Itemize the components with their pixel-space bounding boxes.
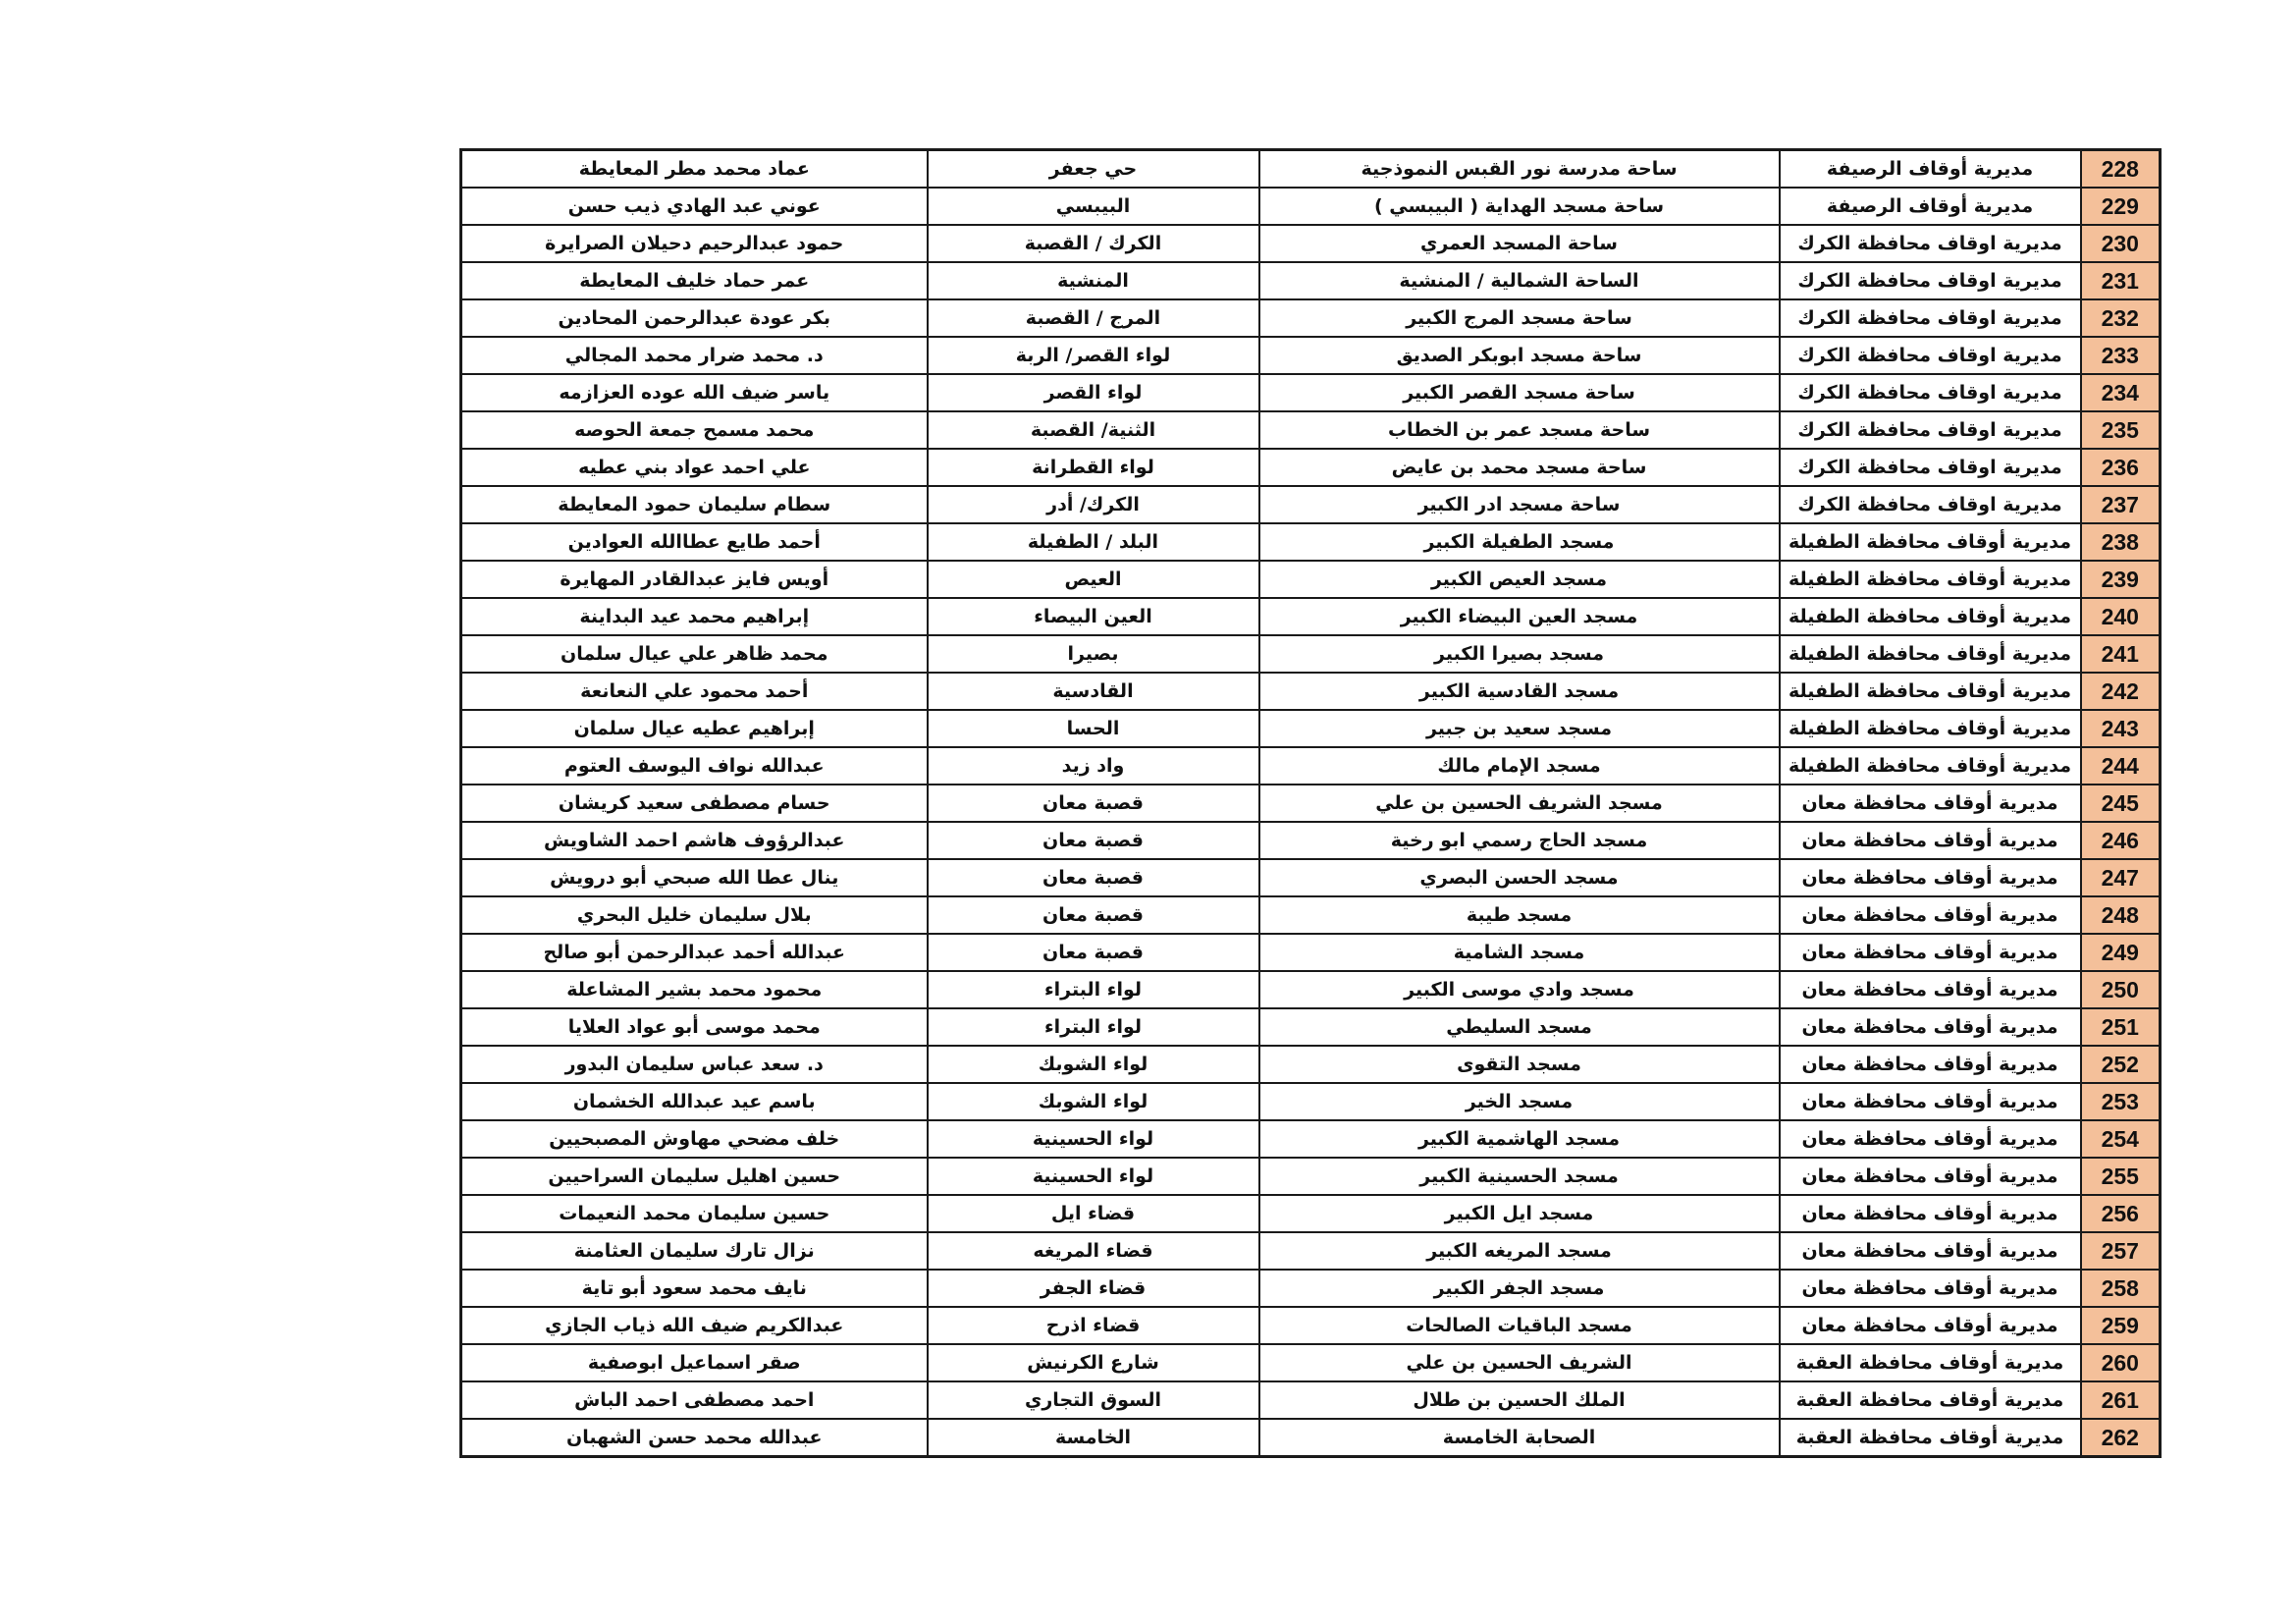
area-cell: حي جعفر [928,150,1259,189]
directorate-cell: مديرية أوقاف محافظة الطفيلة [1780,635,2081,673]
supervisor-name-cell: حسين سليمان محمد النعيمات [461,1195,928,1232]
row-number-cell: 231 [2081,262,2161,299]
supervisor-name-cell: خلف مضحي مهاوش المصبحيين [461,1120,928,1158]
area-cell: قصبة معان [928,785,1259,822]
location-cell: مسجد الشريف الحسين بن علي [1259,785,1780,822]
row-number-cell: 257 [2081,1232,2161,1270]
row-number-cell: 237 [2081,486,2161,523]
row-number-cell: 246 [2081,822,2161,859]
area-cell: قضاء المريغه [928,1232,1259,1270]
location-cell: مسجد الحسينية الكبير [1259,1158,1780,1195]
location-cell: ساحة مسجد محمد بن عايض [1259,449,1780,486]
supervisor-name-cell: بكر عودة عبدالرحمن المحادين [461,299,928,337]
location-cell: الشريف الحسين بن علي [1259,1344,1780,1381]
area-cell: قضاء اذرح [928,1307,1259,1344]
row-number-cell: 256 [2081,1195,2161,1232]
row-number-cell: 259 [2081,1307,2161,1344]
row-number-cell: 245 [2081,785,2161,822]
area-cell: قصبة معان [928,859,1259,896]
supervisor-name-cell: محمد موسى أبو عواد العلايا [461,1008,928,1046]
directorate-cell: مديرية أوقاف محافظة معان [1780,785,2081,822]
table-row: 236 مديرية اوقاف محافظة الكرك ساحة مسجد … [461,449,2161,486]
directorate-cell: مديرية أوقاف محافظة الطفيلة [1780,710,2081,747]
directorate-cell: مديرية أوقاف محافظة معان [1780,1120,2081,1158]
table-row: 253 مديرية أوقاف محافظة معان مسجد الخير … [461,1083,2161,1120]
document-page: 228 مديرية أوقاف الرصيفة ساحة مدرسة نور … [0,0,2296,1624]
table-row: 254 مديرية أوقاف محافظة معان مسجد الهاشم… [461,1120,2161,1158]
area-cell: الكرك/ أدر [928,486,1259,523]
row-number-cell: 248 [2081,896,2161,934]
table-row: 251 مديرية أوقاف محافظة معان مسجد السليط… [461,1008,2161,1046]
area-cell: لواء البتراء [928,1008,1259,1046]
directorate-cell: مديرية أوقاف الرصيفة [1780,150,2081,189]
directorate-cell: مديرية اوقاف محافظة الكرك [1780,374,2081,411]
directorate-cell: مديرية أوقاف محافظة الطفيلة [1780,673,2081,710]
directorate-cell: مديرية أوقاف محافظة معان [1780,1158,2081,1195]
directorate-cell: مديرية اوقاف محافظة الكرك [1780,337,2081,374]
location-cell: مسجد الباقيات الصالحات [1259,1307,1780,1344]
location-cell: مسجد بصيرا الكبير [1259,635,1780,673]
supervisor-name-cell: محمد مسمح جمعة الحوصه [461,411,928,449]
directorate-cell: مديرية أوقاف محافظة معان [1780,1083,2081,1120]
area-cell: لواء الشوبك [928,1083,1259,1120]
directorate-cell: مديرية أوقاف محافظة معان [1780,822,2081,859]
table-row: 245 مديرية أوقاف محافظة معان مسجد الشريف… [461,785,2161,822]
directorate-cell: مديرية أوقاف محافظة الطفيلة [1780,561,2081,598]
supervisor-name-cell: إبراهيم عطيه عيال سلمان [461,710,928,747]
area-cell: لواء البتراء [928,971,1259,1008]
row-number-cell: 228 [2081,150,2161,189]
directorate-cell: مديرية اوقاف محافظة الكرك [1780,299,2081,337]
table-row: 255 مديرية أوقاف محافظة معان مسجد الحسين… [461,1158,2161,1195]
area-cell: الخامسة [928,1419,1259,1457]
area-cell: لواء القطرانة [928,449,1259,486]
supervisor-name-cell: عبدالله نواف اليوسف العتوم [461,747,928,785]
area-cell: القادسية [928,673,1259,710]
area-cell: لواء القصر/ الربة [928,337,1259,374]
table-row: 233 مديرية اوقاف محافظة الكرك ساحة مسجد … [461,337,2161,374]
directorate-cell: مديرية أوقاف محافظة معان [1780,1195,2081,1232]
table-row: 247 مديرية أوقاف محافظة معان مسجد الحسن … [461,859,2161,896]
row-number-cell: 253 [2081,1083,2161,1120]
table-row: 241 مديرية أوقاف محافظة الطفيلة مسجد بصي… [461,635,2161,673]
location-cell: ساحة مسجد ادر الكبير [1259,486,1780,523]
supervisor-name-cell: نزال تارك سليمان العثامنة [461,1232,928,1270]
row-number-cell: 240 [2081,598,2161,635]
directorate-cell: مديرية أوقاف محافظة معان [1780,1307,2081,1344]
supervisor-name-cell: محمود محمد بشير المشاعلة [461,971,928,1008]
supervisor-name-cell: عبدالله محمد حسن الشهبان [461,1419,928,1457]
row-number-cell: 239 [2081,561,2161,598]
table-row: 250 مديرية أوقاف محافظة معان مسجد وادي م… [461,971,2161,1008]
table-row: 238 مديرية أوقاف محافظة الطفيلة مسجد الط… [461,523,2161,561]
supervisor-name-cell: حسام مصطفى سعيد كريشان [461,785,928,822]
directorate-cell: مديرية أوقاف محافظة الطفيلة [1780,747,2081,785]
row-number-cell: 234 [2081,374,2161,411]
supervisor-name-cell: حسين اهليل سليمان السراحيين [461,1158,928,1195]
row-number-cell: 254 [2081,1120,2161,1158]
area-cell: لواء الحسينية [928,1120,1259,1158]
supervisor-name-cell: أحمد طايع عطاالله العوادين [461,523,928,561]
location-cell: مسجد سعيد بن جبير [1259,710,1780,747]
row-number-cell: 261 [2081,1381,2161,1419]
row-number-cell: 262 [2081,1419,2161,1457]
supervisor-name-cell: عبدالرؤوف هاشم احمد الشاويش [461,822,928,859]
directorate-cell: مديرية أوقاف محافظة معان [1780,934,2081,971]
row-number-cell: 247 [2081,859,2161,896]
location-cell: مسجد القادسية الكبير [1259,673,1780,710]
location-cell: مسجد الطفيلة الكبير [1259,523,1780,561]
table-row: 237 مديرية اوقاف محافظة الكرك ساحة مسجد … [461,486,2161,523]
table-row: 246 مديرية أوقاف محافظة معان مسجد الحاج … [461,822,2161,859]
area-cell: قصبة معان [928,934,1259,971]
supervisor-name-cell: ياسر ضيف الله عوده العزازمه [461,374,928,411]
directorate-cell: مديرية أوقاف محافظة العقبة [1780,1381,2081,1419]
supervisor-name-cell: إبراهيم محمد عيد البداينة [461,598,928,635]
directorate-cell: مديرية أوقاف الرصيفة [1780,188,2081,225]
table-row: 242 مديرية أوقاف محافظة الطفيلة مسجد الق… [461,673,2161,710]
area-cell: المرج / القصبة [928,299,1259,337]
directorate-cell: مديرية أوقاف محافظة الطفيلة [1780,598,2081,635]
area-cell: شارع الكرنيش [928,1344,1259,1381]
area-cell: قصبة معان [928,822,1259,859]
row-number-cell: 252 [2081,1046,2161,1083]
table-row: 249 مديرية أوقاف محافظة معان مسجد الشامي… [461,934,2161,971]
table-row: 228 مديرية أوقاف الرصيفة ساحة مدرسة نور … [461,150,2161,189]
area-cell: قضاء ايل [928,1195,1259,1232]
row-number-cell: 236 [2081,449,2161,486]
area-cell: السوق التجاري [928,1381,1259,1419]
row-number-cell: 235 [2081,411,2161,449]
location-cell: مسجد العيص الكبير [1259,561,1780,598]
table-row: 257 مديرية أوقاف محافظة معان مسجد المريغ… [461,1232,2161,1270]
table-row: 258 مديرية أوقاف محافظة معان مسجد الجفر … [461,1270,2161,1307]
supervisor-name-cell: علي احمد عواد بني عطيه [461,449,928,486]
supervisor-name-cell: احمد مصطفى احمد الباش [461,1381,928,1419]
location-cell: مسجد الشامية [1259,934,1780,971]
area-cell: الحسا [928,710,1259,747]
table-row: 243 مديرية أوقاف محافظة الطفيلة مسجد سعي… [461,710,2161,747]
directorate-cell: مديرية اوقاف محافظة الكرك [1780,262,2081,299]
area-cell: بصيرا [928,635,1259,673]
location-cell: الصحابة الخامسة [1259,1419,1780,1457]
directorate-cell: مديرية أوقاف محافظة معان [1780,859,2081,896]
row-number-cell: 258 [2081,1270,2161,1307]
area-cell: البيبسي [928,188,1259,225]
area-cell: العيص [928,561,1259,598]
table-row: 261 مديرية أوقاف محافظة العقبة الملك الح… [461,1381,2161,1419]
supervisor-name-cell: عمر حماد خليف المعايطة [461,262,928,299]
row-number-cell: 255 [2081,1158,2161,1195]
location-cell: ساحة مسجد القصر الكبير [1259,374,1780,411]
supervisor-name-cell: صقر اسماعيل ابوصفية [461,1344,928,1381]
row-number-cell: 249 [2081,934,2161,971]
table-row: 235 مديرية اوقاف محافظة الكرك ساحة مسجد … [461,411,2161,449]
supervisor-name-cell: حمود عبدالرحيم دحيلان الصرايرة [461,225,928,262]
area-cell: المنشية [928,262,1259,299]
location-cell: مسجد الهاشمية الكبير [1259,1120,1780,1158]
area-cell: لواء القصر [928,374,1259,411]
directorate-cell: مديرية أوقاف محافظة معان [1780,1008,2081,1046]
location-cell: مسجد الإمام مالك [1259,747,1780,785]
location-cell: مسجد طيبة [1259,896,1780,934]
table-row: 232 مديرية اوقاف محافظة الكرك ساحة مسجد … [461,299,2161,337]
location-cell: ساحة مسجد المرج الكبير [1259,299,1780,337]
prayer-grounds-table: 228 مديرية أوقاف الرصيفة ساحة مدرسة نور … [459,148,2162,1458]
row-number-cell: 238 [2081,523,2161,561]
location-cell: مسجد الخير [1259,1083,1780,1120]
supervisor-name-cell: أحمد محمود علي النعانعة [461,673,928,710]
table-row: 244 مديرية أوقاف محافظة الطفيلة مسجد الإ… [461,747,2161,785]
row-number-cell: 230 [2081,225,2161,262]
table-row: 256 مديرية أوقاف محافظة معان مسجد ايل ال… [461,1195,2161,1232]
directorate-cell: مديرية أوقاف محافظة العقبة [1780,1419,2081,1457]
location-cell: ساحة مسجد عمر بن الخطاب [1259,411,1780,449]
area-cell: قصبة معان [928,896,1259,934]
table-row: 260 مديرية أوقاف محافظة العقبة الشريف ال… [461,1344,2161,1381]
row-number-cell: 251 [2081,1008,2161,1046]
table-row: 248 مديرية أوقاف محافظة معان مسجد طيبة ق… [461,896,2161,934]
location-cell: مسجد التقوى [1259,1046,1780,1083]
location-cell: مسجد الحسن البصري [1259,859,1780,896]
area-cell: الثنية/ القصبة [928,411,1259,449]
table-row: 259 مديرية أوقاف محافظة معان مسجد الباقي… [461,1307,2161,1344]
location-cell: ساحة مدرسة نور القبس النموذجية [1259,150,1780,189]
supervisor-name-cell: محمد ظاهر علي عيال سلمان [461,635,928,673]
directorate-cell: مديرية أوقاف محافظة معان [1780,896,2081,934]
area-cell: قضاء الجفر [928,1270,1259,1307]
table-row: 230 مديرية اوقاف محافظة الكرك ساحة المسج… [461,225,2161,262]
table-row: 252 مديرية أوقاف محافظة معان مسجد التقوى… [461,1046,2161,1083]
area-cell: العين البيصاء [928,598,1259,635]
supervisor-name-cell: عوني عبد الهادي ذيب حسن [461,188,928,225]
table-row: 239 مديرية أوقاف محافظة الطفيلة مسجد الع… [461,561,2161,598]
area-cell: البلد / الطفيلة [928,523,1259,561]
location-cell: مسجد وادي موسى الكبير [1259,971,1780,1008]
table-row: 231 مديرية اوقاف محافظة الكرك الساحة الش… [461,262,2161,299]
location-cell: مسجد الحاج رسمي ابو رخية [1259,822,1780,859]
supervisor-name-cell: سطام سليمان حمود المعايطة [461,486,928,523]
table-row: 262 مديرية أوقاف محافظة العقبة الصحابة ا… [461,1419,2161,1457]
row-number-cell: 242 [2081,673,2161,710]
directorate-cell: مديرية اوقاف محافظة الكرك [1780,449,2081,486]
table-row: 234 مديرية اوقاف محافظة الكرك ساحة مسجد … [461,374,2161,411]
row-number-cell: 233 [2081,337,2161,374]
supervisor-name-cell: بلال سليمان خليل البحري [461,896,928,934]
directorate-cell: مديرية أوقاف محافظة الطفيلة [1780,523,2081,561]
supervisor-name-cell: عبدالله أحمد عبدالرحمن أبو صالح [461,934,928,971]
area-cell: واد زيد [928,747,1259,785]
location-cell: مسجد السليطي [1259,1008,1780,1046]
supervisor-name-cell: عماد محمد مطر المعايطة [461,150,928,189]
directorate-cell: مديرية اوقاف محافظة الكرك [1780,411,2081,449]
area-cell: لواء الشوبك [928,1046,1259,1083]
table-row: 240 مديرية أوقاف محافظة الطفيلة مسجد الع… [461,598,2161,635]
supervisor-name-cell: ينال عطا الله صبحي أبو درويش [461,859,928,896]
area-cell: لواء الحسينية [928,1158,1259,1195]
directorate-cell: مديرية اوقاف محافظة الكرك [1780,225,2081,262]
directorate-cell: مديرية اوقاف محافظة الكرك [1780,486,2081,523]
row-number-cell: 260 [2081,1344,2161,1381]
directorate-cell: مديرية أوقاف محافظة معان [1780,1270,2081,1307]
directorate-cell: مديرية أوقاف محافظة معان [1780,971,2081,1008]
supervisor-name-cell: عبدالكريم ضيف الله ذياب الجازي [461,1307,928,1344]
row-number-cell: 243 [2081,710,2161,747]
supervisor-name-cell: نايف محمد سعود أبو تاية [461,1270,928,1307]
directorate-cell: مديرية أوقاف محافظة العقبة [1780,1344,2081,1381]
table-row: 229 مديرية أوقاف الرصيفة ساحة مسجد الهدا… [461,188,2161,225]
location-cell: ساحة المسجد العمري [1259,225,1780,262]
row-number-cell: 229 [2081,188,2161,225]
location-cell: مسجد الجفر الكبير [1259,1270,1780,1307]
location-cell: مسجد العين البيضاء الكبير [1259,598,1780,635]
row-number-cell: 232 [2081,299,2161,337]
area-cell: الكرك / القصبة [928,225,1259,262]
row-number-cell: 250 [2081,971,2161,1008]
table-body: 228 مديرية أوقاف الرصيفة ساحة مدرسة نور … [461,150,2161,1457]
location-cell: الملك الحسين بن طلال [1259,1381,1780,1419]
directorate-cell: مديرية أوقاف محافظة معان [1780,1232,2081,1270]
location-cell: مسجد المريغه الكبير [1259,1232,1780,1270]
supervisor-name-cell: د. سعد عباس سليمان البدور [461,1046,928,1083]
location-cell: ساحة مسجد الهداية ( البيبسي ) [1259,188,1780,225]
row-number-cell: 244 [2081,747,2161,785]
location-cell: مسجد ايل الكبير [1259,1195,1780,1232]
supervisor-name-cell: أويس فايز عبدالقادر المهايرة [461,561,928,598]
supervisor-name-cell: د. محمد ضرار محمد المجالي [461,337,928,374]
location-cell: ساحة مسجد ابوبكر الصديق [1259,337,1780,374]
directorate-cell: مديرية أوقاف محافظة معان [1780,1046,2081,1083]
location-cell: الساحة الشمالية / المنشية [1259,262,1780,299]
row-number-cell: 241 [2081,635,2161,673]
supervisor-name-cell: باسم عيد عبدالله الخشمان [461,1083,928,1120]
